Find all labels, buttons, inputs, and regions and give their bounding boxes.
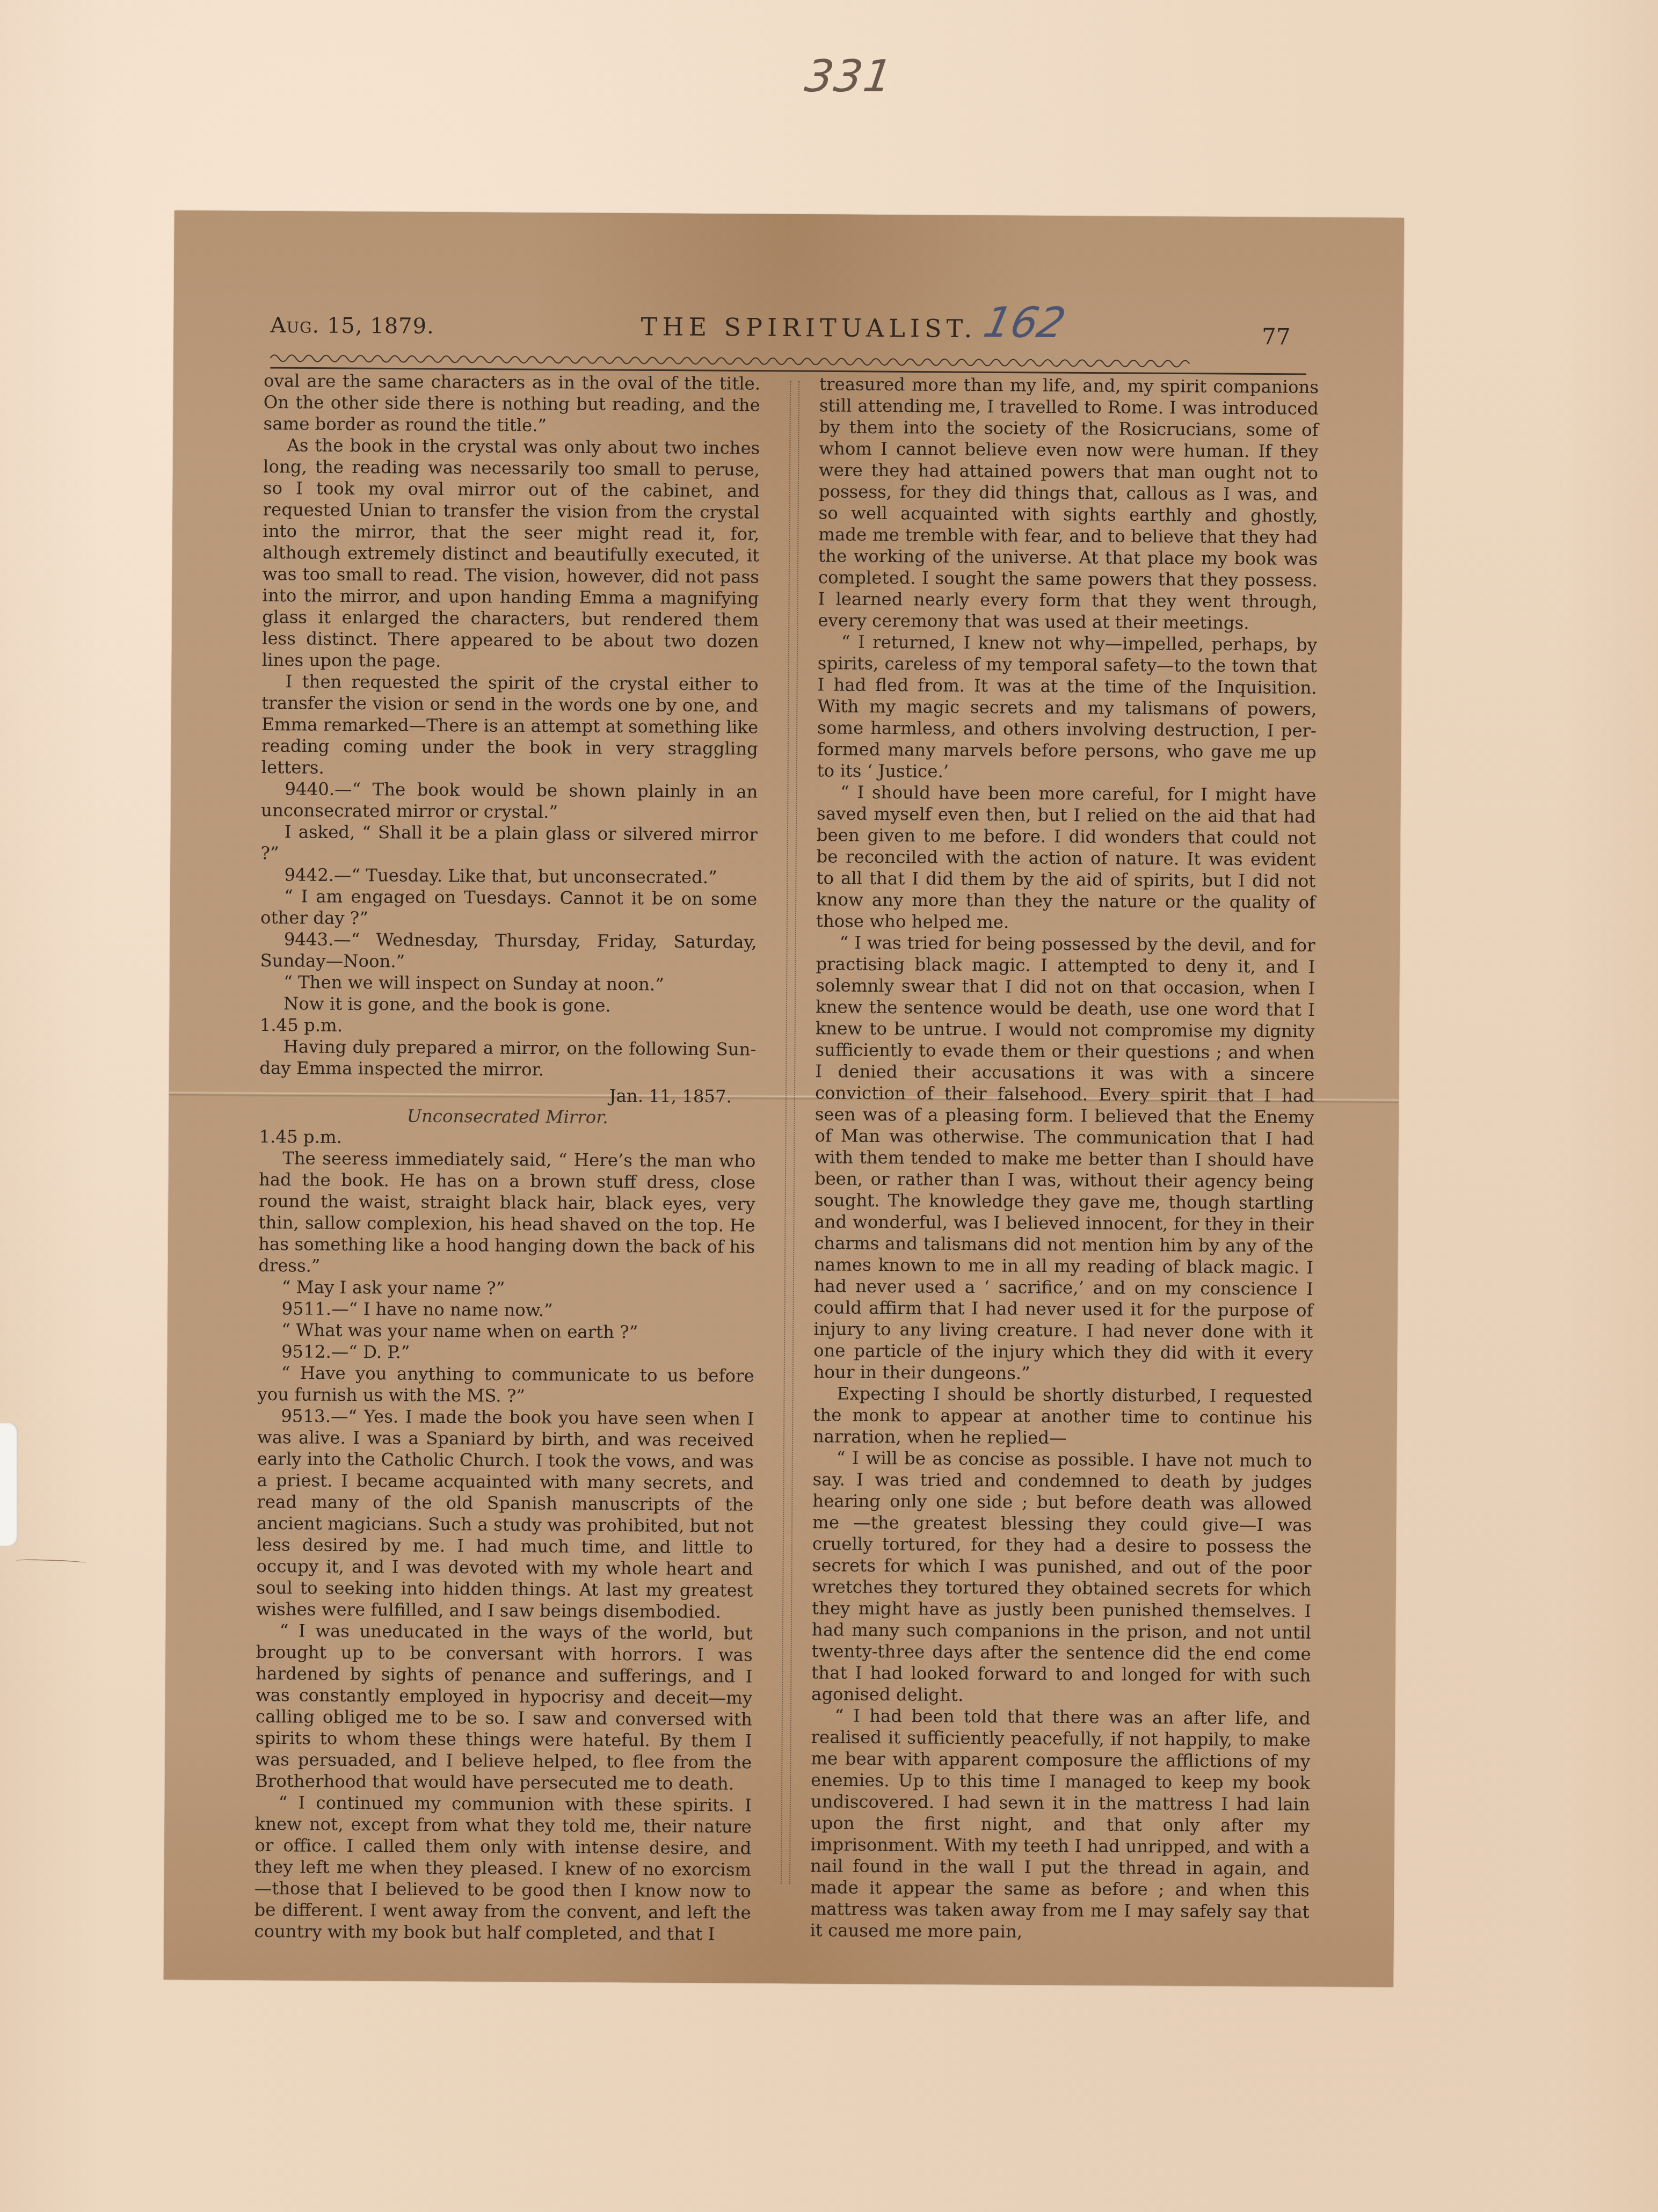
paragraph: 9442.—“ Tuesday. Like that, but unconsec… (260, 864, 757, 889)
newspaper-clipping: Aug. 15, 1879. THE SPIRITUALIST. 162 77 … (164, 210, 1404, 1987)
paragraph: “ I will be as concise as possible. I ha… (811, 1447, 1312, 1708)
paragraph: 9443.—“ Wednesday, Thursday, Friday, Sat… (260, 928, 757, 974)
paragraph: “ I continued my communion with these sp… (254, 1792, 752, 1945)
paragraph: “ Then we will inspect on Sunday at noon… (260, 971, 757, 996)
paragraph: “ I had been told that there was an afte… (810, 1705, 1311, 1944)
paragraph: “ I am engaged on Tuesdays. Cannot it be… (260, 885, 757, 932)
paragraph: oval are the same characters as in the o… (263, 370, 760, 438)
page-number: 77 (1262, 323, 1291, 350)
paragraph: “ Have you anything to communicate to us… (257, 1362, 754, 1408)
timestamp: 1.45 p.m. (260, 1014, 757, 1039)
column-divider (781, 381, 799, 1884)
archive-page-number: 331 (802, 51, 896, 102)
left-column: oval are the same characters as in the o… (254, 370, 760, 1945)
publication-title: THE SPIRITUALIST. (641, 312, 977, 343)
paragraph: “ I returned, I knew not why—impelled, p… (817, 631, 1318, 784)
torn-edge (0, 1423, 18, 1546)
paragraph: “ What was your name when on earth ?” (258, 1319, 754, 1344)
paragraph: Expecting I should be shortly disturbed,… (813, 1382, 1313, 1450)
paragraph: “ I should have been more careful, for I… (816, 781, 1317, 935)
paragraph: “ May I ask your name ?” (258, 1276, 755, 1301)
dateline: Jan. 11, 1857. (259, 1083, 756, 1108)
paragraph: 9512.—“ D. P.” (258, 1341, 754, 1365)
paragraph: The seeress immediately said, “ Here’s t… (258, 1147, 755, 1279)
handwritten-annotation: 162 (979, 299, 1070, 347)
right-column: treasured more than my life, and, my spi… (810, 373, 1319, 1944)
paragraph: Having duly prepared a mirror, on the fo… (259, 1036, 756, 1082)
article-columns: oval are the same characters as in the o… (254, 370, 1316, 1907)
tear-crease (16, 1559, 86, 1566)
issue-date: Aug. 15, 1879. (271, 313, 434, 339)
paragraph: Now it is gone, and the book is gone. (260, 993, 757, 1017)
section-subheading: Unconsecrated Mirror. (259, 1104, 756, 1129)
paragraph: 9511.—“ I have no name now.” (258, 1298, 754, 1322)
running-head: Aug. 15, 1879. THE SPIRITUALIST. 162 77 (270, 308, 1306, 357)
paragraph: 9440.—“ The book would be shown plainly … (261, 778, 758, 824)
paragraph: “ I was uneducated in the ways of the wo… (255, 1620, 753, 1795)
paragraph: “ I was tried for being possessed by the… (813, 932, 1315, 1386)
paragraph: As the book in the crystal was only abou… (262, 434, 760, 674)
timestamp: 1.45 p.m. (259, 1126, 755, 1151)
paragraph: I asked, “ Shall it be a plain glass or … (261, 821, 758, 867)
paragraph: I then requested the spirit of the cryst… (261, 671, 759, 781)
paragraph: treasured more than my life, and, my spi… (818, 373, 1319, 634)
paragraph: 9513.—“ Yes. I made the book you have se… (256, 1405, 754, 1623)
